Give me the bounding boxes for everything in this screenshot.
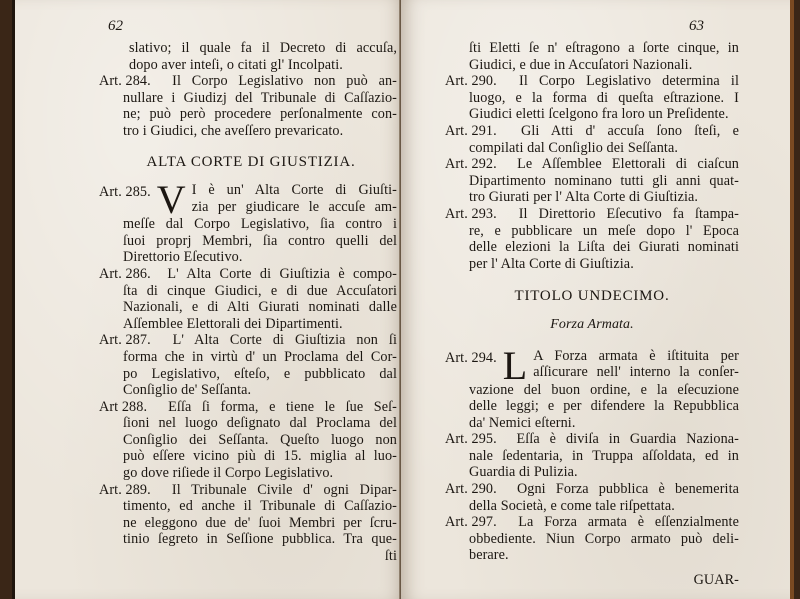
text-line: ſioni nel luogo deſignato dal Proclama d… [99, 415, 397, 432]
article-label: Art. 289. [99, 482, 151, 499]
text-line: Art. 295. Eſſa è diviſa in Guardia Nazio… [445, 431, 739, 448]
text-line: Art. 292. Le Aſſemblee Elettorali di cia… [445, 156, 739, 173]
text-line: ſta di cinque Giudici, e di due Accuſato… [99, 283, 397, 300]
article-288: Art 288. Eſſa ſi forma, e tiene le ſue S… [99, 399, 397, 482]
section-heading: ALTA CORTE DI GIUSTIZIA. [105, 154, 397, 171]
text-line: Art. 289. Il Tribunale Civile d' ogni Di… [99, 482, 397, 499]
text-line: Giudici, e due in Accuſatori Nazionali. [445, 57, 739, 74]
drop-cap: L [503, 350, 528, 382]
article-286: Art. 286. L' Alta Corte di Giuſtizia è c… [99, 266, 397, 332]
text-line: Conſiglio dei Seſſanta. Queſto luogo non [99, 432, 397, 449]
text-line: zia per giudicare le accuſe am- [99, 199, 397, 216]
article-label: Art. 290. [445, 73, 497, 90]
text-line: Art. 291. Gli Atti d' accuſa ſono ſteſi,… [445, 123, 739, 140]
section-subheading: Forza Armata. [445, 317, 739, 334]
article-290: Art. 290. Il Corpo Legislativo determina… [445, 73, 739, 123]
text-line: go dove riſiede il Corpo Legislativo. [99, 465, 397, 482]
text-line: vazione del buon ordine, e la eſecuzione [445, 382, 739, 399]
left-page: 62 slativo; il quale fa il Decreto di ac… [12, 0, 404, 599]
text-line: Direttorio Eſecutivo. [99, 249, 397, 266]
text-line: Guardia di Pulizia. [445, 464, 739, 481]
text-line: Art. 286. L' Alta Corte di Giuſtizia è c… [99, 266, 397, 283]
text-line: può eſſere vicino più di 15. miglia al l… [99, 448, 397, 465]
title-heading: TITOLO UNDECIMO. [445, 288, 739, 305]
text-line: Art. 287. L' Alta Corte di Giuſtizia non… [99, 332, 397, 349]
text-line: Art 288. Eſſa ſi forma, e tiene le ſue S… [99, 399, 397, 416]
text-line: tro Giurati per l' Alta Corte di Giuſtiz… [445, 189, 739, 206]
text-line: Art. 290. Ogni Forza pubblica è benemeri… [445, 481, 739, 498]
article-label: Art. 285. [99, 184, 151, 201]
text-line: ſuoi proprj Membri, ſia contro quelli de… [99, 233, 397, 250]
text-line: obbediente. Niun Corpo armato può deli- [445, 531, 739, 548]
article-label: Art 288. [99, 399, 147, 416]
text-line: tro i Giudici, che aveſſero prevaricato. [99, 123, 397, 140]
article-289: Art. 289. Il Tribunale Civile d' ogni Di… [99, 482, 397, 548]
text-line: nale ſedentaria, in Truppa aſſoldata, ed… [445, 448, 739, 465]
text-line: meſſe dal Corpo Legislativo, ſia contro … [99, 216, 397, 233]
article-label: Art. 297. [445, 514, 497, 531]
text-line: re, e pubblicare un meſe dopo l' Epoca [445, 223, 739, 240]
catchword: ſti [105, 548, 397, 565]
text-line: timento, ed anche il Tribunale di Caſſaz… [99, 498, 397, 515]
article-label: Art. 294. [445, 350, 497, 367]
article-296: Art. 290. Ogni Forza pubblica è benemeri… [445, 481, 739, 514]
left-page-text: slativo; il quale fa il Decreto di accuſ… [105, 40, 397, 565]
article-label: Art. 295. [445, 431, 497, 448]
catchword: GUAR- [445, 572, 739, 589]
text-line: Art. 290. Il Corpo Legislativo determina… [445, 73, 739, 90]
article-294: Art. 294. L A Forza armata è iſtituita p… [445, 348, 739, 432]
text-line: luogo, e la forma di queſta eſtrazione. … [445, 90, 739, 107]
text-line: ſti Eletti ſe n' eſtragono a ſorte cinqu… [445, 40, 739, 57]
text-line: po Legislativo, eſteſo, e pubblicato dal [99, 366, 397, 383]
text-line: da' Nemici eſterni. [445, 415, 739, 432]
article-label: Art. 291. [445, 123, 497, 140]
article-284: Art. 284. Il Corpo Legislativo non può a… [99, 73, 397, 139]
text-line: compilati dal Conſiglio dei Seſſanta. [445, 140, 739, 157]
text-line: Dipartimento nominano tutti gli anni qua… [445, 173, 739, 190]
drop-cap: V [157, 184, 186, 216]
article-293: Art. 293. Il Direttorio Eſecutivo fa ſta… [445, 206, 739, 272]
article-287: Art. 287. L' Alta Corte di Giuſtizia non… [99, 332, 397, 398]
text-line: aſſicurare nell' interno la conſer- [445, 364, 739, 381]
text-line: nullare i Giudizj del Tribunale di Caſſa… [99, 90, 397, 107]
article-label: Art. 287. [99, 332, 151, 349]
text-line: Aſſemblee Elettorali dei Dipartimenti. [99, 316, 397, 333]
open-book: 62 slativo; il quale fa il Decreto di ac… [0, 0, 800, 599]
text-line: Art. 297. La Forza armata è eſſenzialmen… [445, 514, 739, 531]
article-292: Art. 292. Le Aſſemblee Elettorali di cia… [445, 156, 739, 206]
text-line: dopo aver inteſi, o citati gl' Incolpati… [105, 57, 397, 74]
right-page: 63 ſti Eletti ſe n' eſtragono a ſorte ci… [401, 0, 794, 599]
article-label: Art. 292. [445, 156, 497, 173]
page-number-left: 62 [108, 18, 123, 35]
text-line: della Società, e come tale riſpettata. [445, 498, 739, 515]
text-line: forma che in virtù d' un Proclama del Co… [99, 349, 397, 366]
text-line: slativo; il quale fa il Decreto di accuſ… [105, 40, 397, 57]
article-label: Art. 284. [99, 73, 151, 90]
text-line: ne eleggono due de' ſuoi Membri per ſcru… [99, 515, 397, 532]
text-line: ne; può però procedere perſonalmente con… [99, 106, 397, 123]
right-page-text: ſti Eletti ſe n' eſtragono a ſorte cinqu… [445, 40, 739, 589]
article-label: Art. 293. [445, 206, 497, 223]
text-line: tinio ſegreto in Seſſione pubblica. Tra … [99, 531, 397, 548]
text-line: Giudici eletti ſcelgono fra loro un Preſ… [445, 106, 739, 123]
text-line: per l' Alta Corte di Giuſtizia. [445, 256, 739, 273]
article-297: Art. 297. La Forza armata è eſſenzialmen… [445, 514, 739, 564]
article-label: Art. 286. [99, 266, 151, 283]
text-line: Conſiglio de' Seſſanta. [99, 382, 397, 399]
article-285: Art. 285. V I è un' Alta Corte di Giuſti… [99, 182, 397, 266]
text-line: Art. 293. Il Direttorio Eſecutivo fa ſta… [445, 206, 739, 223]
page-number-right: 63 [689, 18, 704, 35]
article-295: Art. 295. Eſſa è diviſa in Guardia Nazio… [445, 431, 739, 481]
article-291: Art. 291. Gli Atti d' accuſa ſono ſteſi,… [445, 123, 739, 156]
text-line: delle elezioni la Liſta dei Giurati nomi… [445, 239, 739, 256]
text-line: Art. 284. Il Corpo Legislativo non può a… [99, 73, 397, 90]
text-line: Nazionali, e di Alti Giurati nominati da… [99, 299, 397, 316]
text-line: berare. [445, 547, 739, 564]
article-label: Art. 290. [445, 481, 497, 498]
text-line: delle leggi; e per difendere la Repubbli… [445, 398, 739, 415]
